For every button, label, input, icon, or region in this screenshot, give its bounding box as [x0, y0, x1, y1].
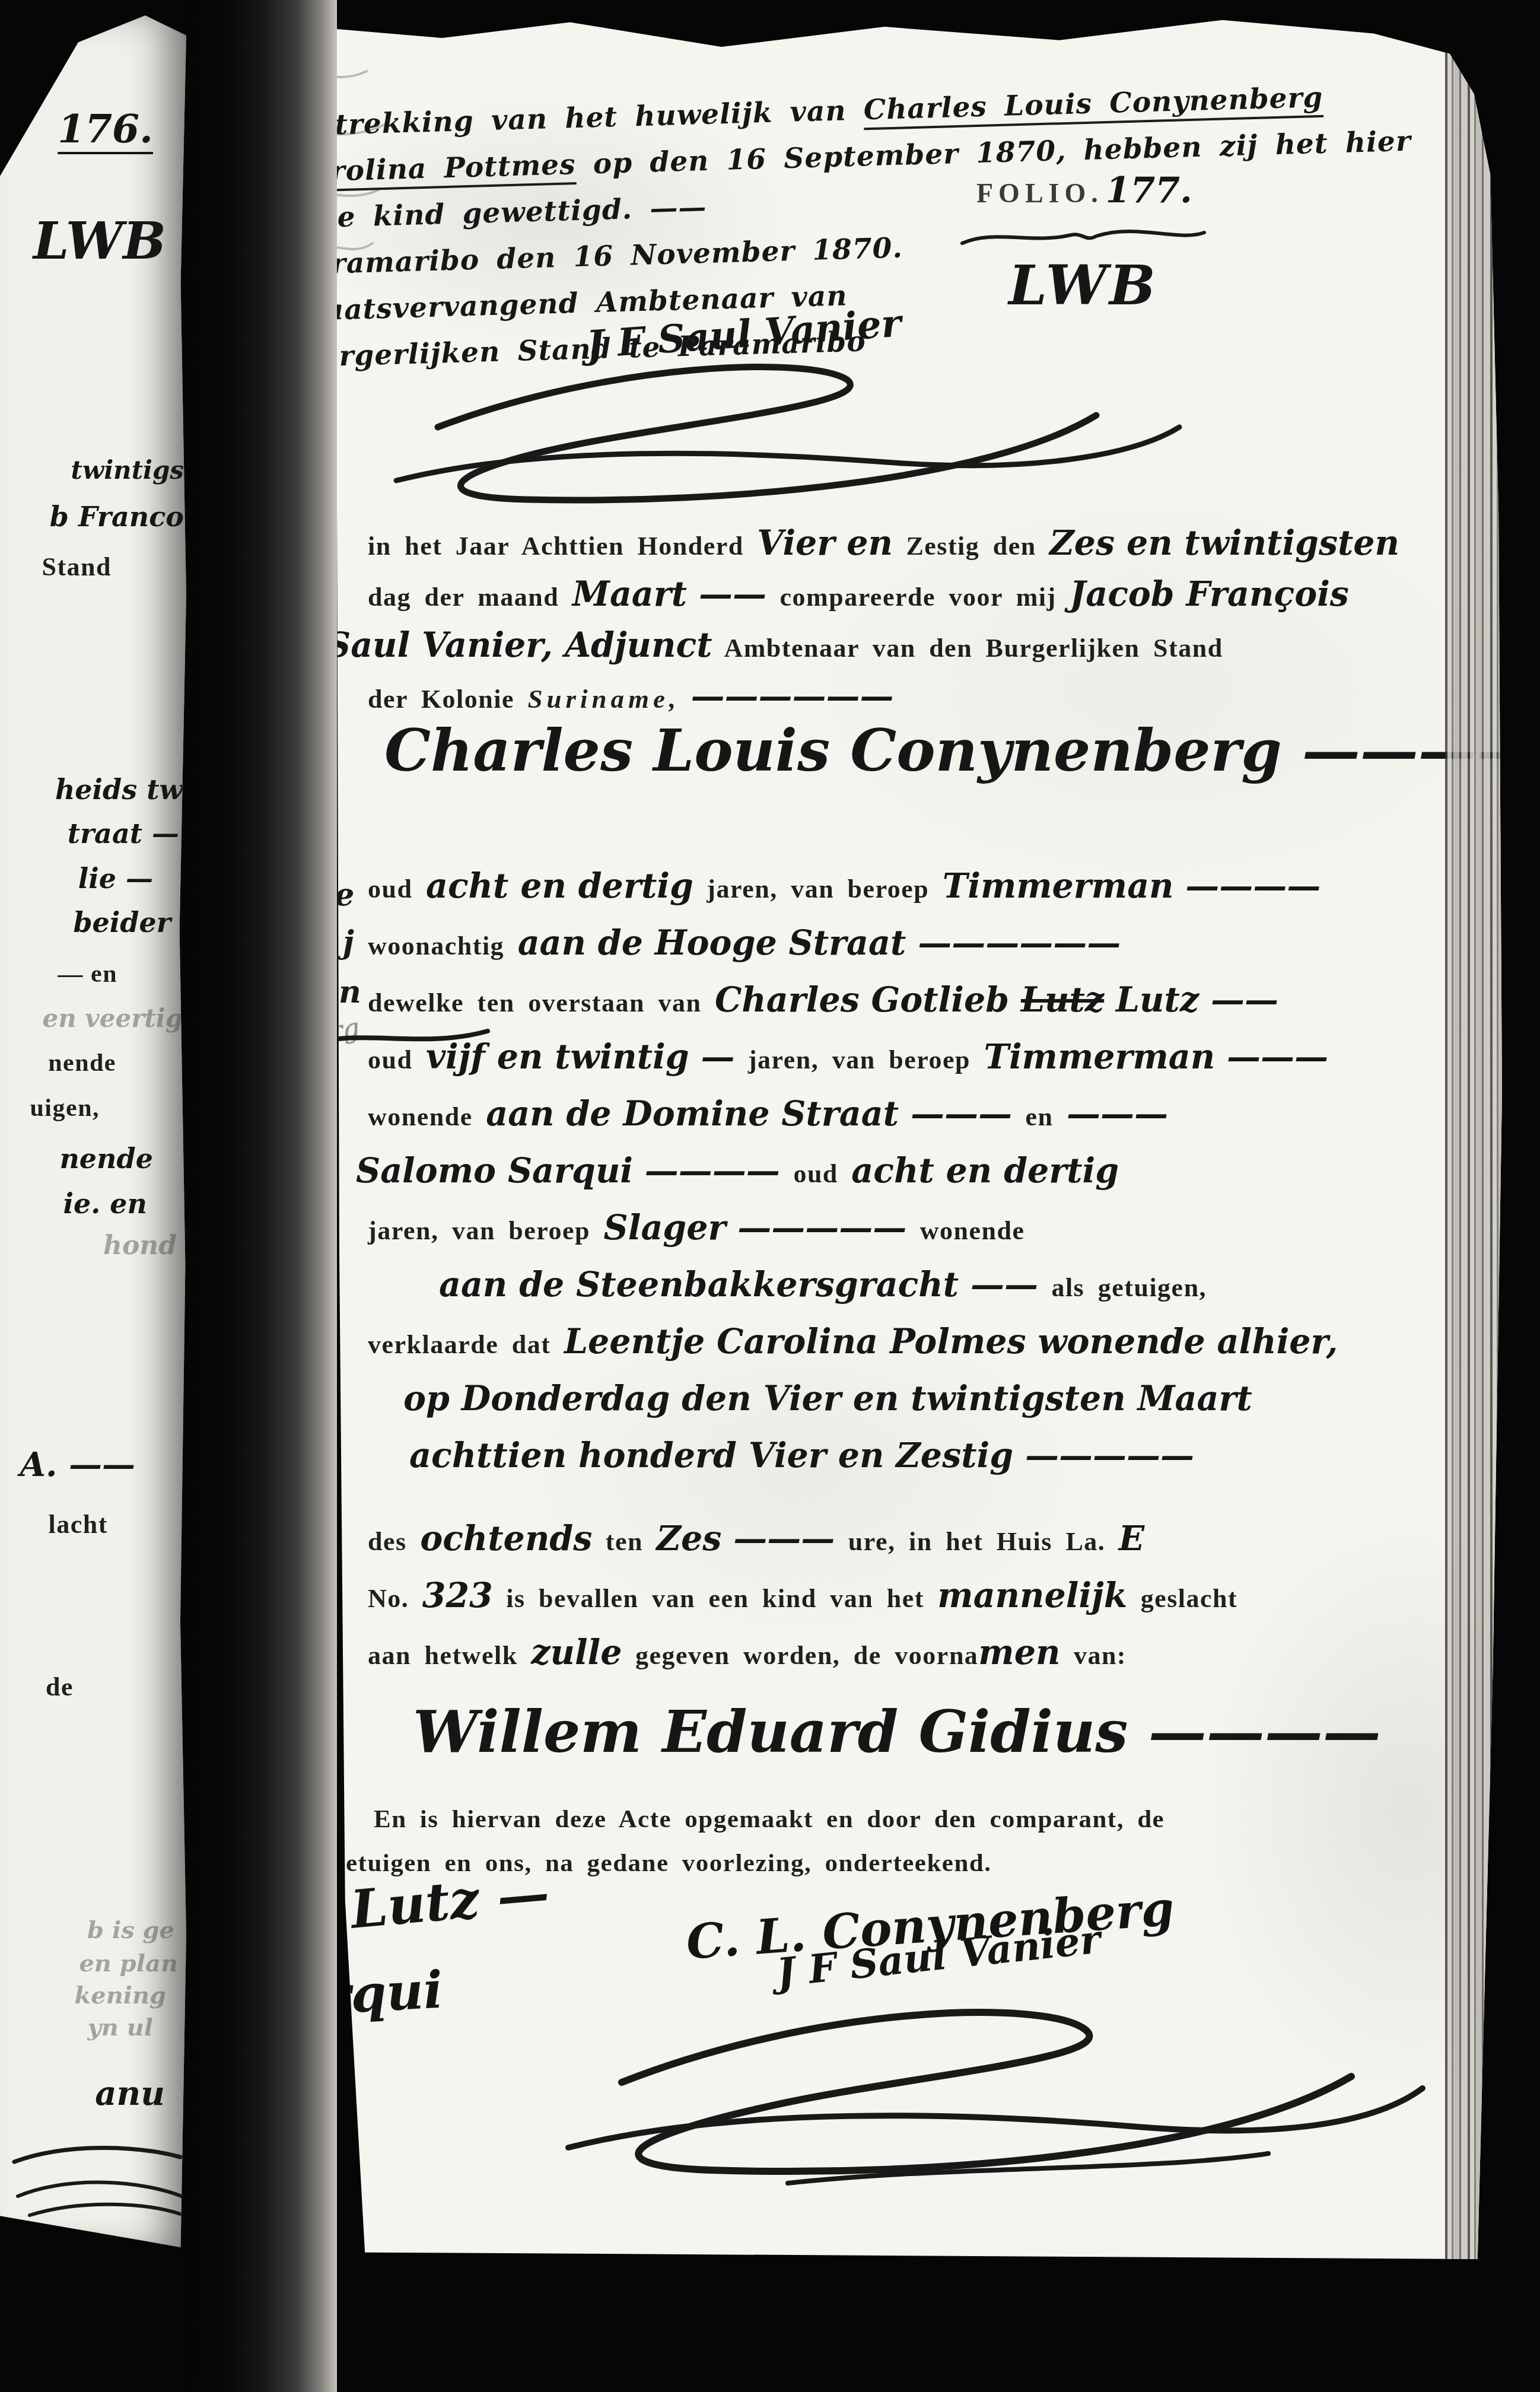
handwritten-entry: zulle	[531, 1633, 622, 1672]
printed-text: aan hetwelk	[368, 1641, 531, 1670]
printed-text: jaren, van beroep	[734, 1045, 984, 1074]
act-declaration-paragraph: oud acht en dertig jaren, van beroep Tim…	[368, 866, 1338, 1493]
printed-text: als getuigen,	[1038, 1273, 1207, 1302]
handwritten-entry: acht en dertig	[851, 1151, 1119, 1191]
printed-text: verklaarde dat	[368, 1330, 564, 1359]
printed-text: En is hiervan deze Acte opgemaakt en doo…	[374, 1805, 1164, 1833]
printed-text: van:	[1060, 1641, 1127, 1670]
printed-text: en	[1012, 1102, 1067, 1131]
form-line: aan de Steenbakkersgracht —— als getuige…	[439, 1265, 1338, 1322]
child-name-entry: Willem Eduard Gidius ————	[413, 1698, 1381, 1766]
handwritten-entry: op Donderdag den Vier en twintigsten Maa…	[403, 1379, 1252, 1418]
folio-number: 177.	[1106, 170, 1192, 211]
handwritten-entry: ———	[1067, 1094, 1168, 1134]
printed-text: woonachtig	[368, 931, 518, 960]
left-page-fragment-text: b Franco	[50, 501, 184, 533]
handwritten-entry: Vier en	[757, 523, 893, 563]
left-page-fragment-text: lie —	[78, 863, 153, 895]
form-line: En is hiervan deze Acte opgemaakt en doo…	[374, 1805, 1164, 1849]
left-page-fragment-text: nende	[48, 1049, 116, 1077]
folio-label: FOLIO.	[976, 178, 1103, 208]
form-line: dewelke ten overstaan van Charles Gotlie…	[368, 980, 1338, 1037]
registrar-signature-flourish	[533, 1987, 1446, 2213]
form-line: oud acht en dertig jaren, van beroep Tim…	[368, 866, 1338, 923]
handwritten-entry: Saul Vanier, Adjunct	[326, 625, 724, 665]
handwritten-entry: Charles Gotlieb	[715, 980, 1021, 1020]
left-page-fragment: 176. LWB twintigs b Franco Stand heids t…	[0, 15, 186, 2247]
printed-text: der Kolonie	[368, 685, 527, 714]
printed-text: des	[368, 1527, 420, 1556]
printed-text: dag der maand	[368, 583, 572, 612]
printed-text: oud	[780, 1159, 851, 1188]
form-line: des ochtends ten Zes ——— ure, in het Hui…	[368, 1519, 1237, 1576]
left-page-fragment-text: en plan	[79, 1949, 178, 1977]
printed-text: is bevallen van een kind van het	[493, 1584, 938, 1613]
handwritten-entry: aan de Steenbakkersgracht ——	[439, 1265, 1038, 1305]
printed-text: geslacht	[1127, 1584, 1237, 1613]
handwritten-entry: Zes en twintigsten	[1049, 523, 1399, 563]
left-page-fragment-text: anu	[95, 2074, 165, 2113]
printed-text: gegeven worden, de voorna	[622, 1641, 979, 1670]
comparant-name-entry: Charles Louis Conynenberg ————	[384, 717, 1535, 785]
printed-text: Zestig den	[893, 532, 1049, 561]
handwritten-entry: Slager —————	[604, 1208, 907, 1248]
printed-text: dewelke ten overstaan van	[368, 988, 715, 1017]
left-page-act-number: 176.	[58, 106, 153, 152]
folio-header: FOLIO. 177.	[976, 170, 1192, 211]
handwritten-entry: Timmerman ———	[984, 1037, 1329, 1077]
left-page-fragment-text: de	[46, 1672, 74, 1702]
printed-text: ure, in het Huis La.	[835, 1527, 1118, 1556]
form-line: oud vijf en twintig — jaren, van beroep …	[368, 1037, 1338, 1094]
left-page-fragment-text: uigen,	[30, 1094, 100, 1122]
left-page-signature-flourish	[12, 2139, 184, 2222]
handwritten-entry: Maart ——	[572, 574, 766, 614]
printed-text: ten	[592, 1527, 656, 1556]
registrar-paraaf: LWB	[959, 227, 1208, 317]
left-page-fragment-text: traat —	[68, 818, 179, 850]
form-line: achttien honderd Vier en Zestig —————	[409, 1436, 1338, 1493]
handwritten-entry: Lutz ——	[1104, 980, 1278, 1020]
printed-text: jaren, van beroep	[368, 1216, 604, 1245]
printed-text: oud	[368, 874, 426, 904]
form-line: op Donderdag den Vier en twintigsten Maa…	[403, 1379, 1338, 1436]
printed-text: wonende	[368, 1102, 486, 1131]
left-page-fragment-text: heids tw	[55, 774, 183, 806]
left-page-fragment-text: kening	[75, 1981, 167, 2009]
form-line: No. 323 is bevallen van een kind van het…	[368, 1576, 1237, 1633]
handwritten-entry: acht en dertig	[426, 866, 693, 906]
left-page-fragment-text: A. ——	[20, 1445, 135, 1484]
form-line: jaren, van beroep Slager ————— wonende	[368, 1208, 1338, 1265]
note-text: voltrekking van het huwelijk van	[287, 94, 864, 142]
printed-text: jaren, van beroep	[693, 874, 943, 904]
handwritten-entry: achttien honderd Vier en Zestig —————	[409, 1436, 1194, 1475]
form-line: woonachtig aan de Hooge Straat ——————	[368, 923, 1338, 980]
left-page-paraaf: LWB	[33, 211, 166, 271]
scanned-register-photo: 176. LWB twintigs b Franco Stand heids t…	[0, 0, 1540, 2392]
handwritten-entry: mannelijk	[937, 1576, 1127, 1615]
left-page-fragment-text: beider	[73, 906, 171, 939]
handwritten-entry: 323	[422, 1576, 493, 1615]
act-opening-paragraph: in het Jaar Achttien Honderd Vier en Zes…	[368, 523, 1399, 727]
handwritten-entry: ochtends	[420, 1519, 592, 1558]
book-gutter	[186, 0, 337, 2392]
form-line: Saul Vanier, Adjunct Ambtenaar van den B…	[326, 625, 1399, 676]
printed-text: in het Jaar Achttien Honderd	[368, 532, 757, 561]
handwritten-entry: Leentje Carolina Polmes wonende alhier,	[564, 1322, 1338, 1362]
left-page-fragment-text: yn ul	[87, 2014, 153, 2041]
left-page-fragment-text: nende	[59, 1143, 153, 1175]
left-page-fragment-text: hond	[103, 1230, 177, 1261]
handwritten-entry: Timmerman ————	[943, 866, 1321, 906]
handwritten-entry: Zes ———	[656, 1519, 835, 1558]
left-page-fragment-text: lacht	[49, 1509, 108, 1539]
printed-text: Ambtenaar van den Burgerlijken Stand	[724, 634, 1223, 663]
left-page-fragment-text: en veertig	[42, 1004, 183, 1033]
form-line: verklaarde dat Leentje Carolina Polmes w…	[368, 1322, 1338, 1379]
register-page: voltrekking van het huwelijk van Charles…	[337, 18, 1502, 2259]
form-line: dag der maand Maart —— compareerde voor …	[368, 574, 1399, 625]
left-page-fragment-text: ie. en	[63, 1188, 147, 1220]
paraaf-initials: LWB	[959, 253, 1208, 317]
handwritten-entry: E	[1119, 1519, 1144, 1558]
handwritten-entry: aan de Hooge Straat ——————	[518, 923, 1121, 963]
act-birth-paragraph: des ochtends ten Zes ——— ure, in het Hui…	[368, 1519, 1237, 1690]
printed-text: compareerde voor mij	[766, 583, 1070, 612]
handwritten-entry: Salomo Sarqui ————	[356, 1151, 780, 1191]
page-stack-edge	[1445, 18, 1502, 2259]
form-line: in het Jaar Achttien Honderd Vier en Zes…	[368, 523, 1399, 574]
left-page-fragment-text: Stand	[42, 552, 112, 582]
handwritten-entry: men	[978, 1633, 1060, 1672]
margin-ink-fragment: j	[343, 924, 354, 960]
struck-through-word: Lutz	[1021, 980, 1104, 1020]
form-line: Salomo Sarqui ———— oud acht en dertig	[356, 1151, 1338, 1208]
left-page-fragment-text: — en	[58, 960, 118, 988]
form-line: aan hetwelk zulle gegeven worden, de voo…	[368, 1633, 1237, 1690]
handwritten-entry: aan de Domine Straat ———	[486, 1094, 1012, 1134]
handwritten-entry: ——————	[691, 676, 894, 716]
registrar-signature-flourish	[361, 338, 1203, 516]
form-line: wonende aan de Domine Straat ——— en ———	[368, 1094, 1338, 1151]
left-page-fragment-text: b is ge	[87, 1916, 174, 1944]
paraaf-squiggle	[959, 227, 1208, 250]
handwritten-entry: Jacob François	[1070, 574, 1349, 614]
left-page-fragment-text: twintigs	[71, 456, 184, 485]
printed-text: wonende	[906, 1216, 1024, 1245]
printed-text: No.	[368, 1584, 422, 1613]
printed-colony-name: Suriname,	[527, 684, 691, 714]
